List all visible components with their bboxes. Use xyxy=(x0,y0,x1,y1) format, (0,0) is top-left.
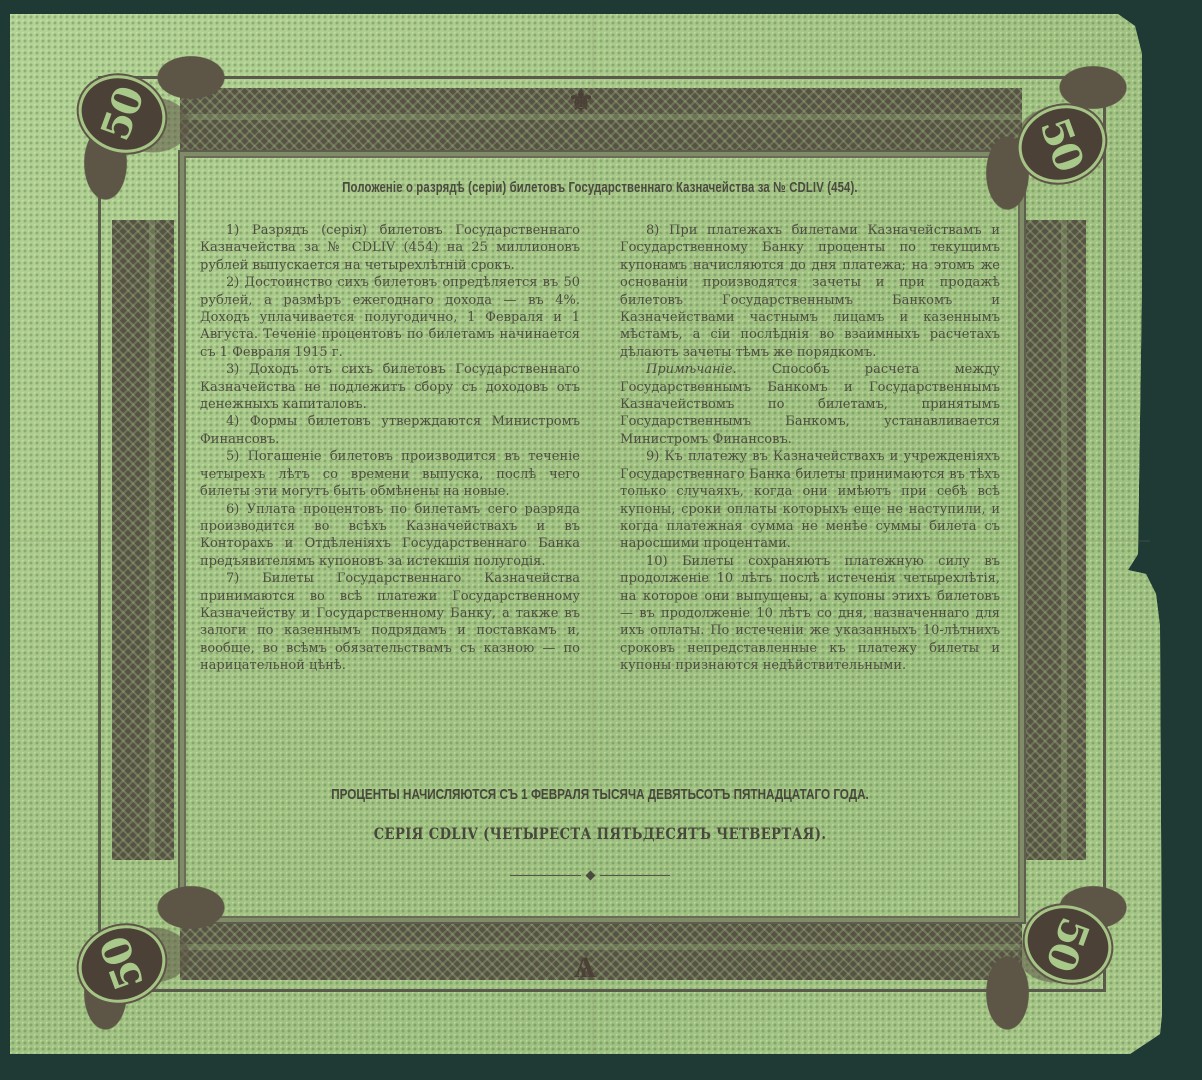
article-5: 5) Погашенiе билетовъ производится въ те… xyxy=(200,448,580,500)
article-4: 4) Формы билетовъ утверждаются Министром… xyxy=(200,413,580,448)
article-8-note: Примѣчанiе. Способъ расчета между Госуда… xyxy=(620,361,1000,448)
ornamental-divider xyxy=(510,872,670,878)
article-2: 2) Достоинство сихъ билетовъ опредѣляетс… xyxy=(200,274,580,361)
article-7: 7) Билеты Государственнаго Казначейства … xyxy=(200,570,580,674)
article-1: 1) Разрядъ (серiя) билетовъ Государствен… xyxy=(200,222,580,274)
article-8: 8) При платежахъ билетами Казначействамъ… xyxy=(620,222,1000,361)
top-border-band xyxy=(180,88,1022,152)
right-border-band xyxy=(1024,220,1086,860)
series-statement: СЕРIЯ CDLIV (ЧЕТЫРЕСТА ПЯТЬДЕСЯТЪ ЧЕТВЕР… xyxy=(272,824,928,843)
crossed-scepters-emblem-icon: ⚜ xyxy=(561,82,601,122)
corner-rosette-top-right: 50 xyxy=(960,40,1150,230)
regulations-heading: Положенiе о разрядѣ (серiи) билетовъ Гос… xyxy=(288,180,912,196)
article-3: 3) Доходъ отъ сихъ билетовъ Государствен… xyxy=(200,361,580,413)
left-text-column: 1) Разрядъ (серiя) билетовъ Государствен… xyxy=(200,222,580,675)
article-9: 9) Къ платежу въ Казначействахъ и учрежд… xyxy=(620,448,1000,552)
corner-rosette-bottom-right: 50 xyxy=(960,860,1150,1050)
article-6: 6) Уплата процентовъ по билетамъ сего ра… xyxy=(200,501,580,571)
interest-start-statement: ПРОЦЕНТЫ НАЧИСЛЯЮТСЯ СЪ 1 ФЕВРАЛЯ ТЫСЯЧА… xyxy=(288,786,912,803)
corner-rosette-top-left: 50 xyxy=(58,30,248,220)
corner-rosette-bottom-left: 50 xyxy=(58,860,248,1050)
note-label: Примѣчанiе. xyxy=(646,362,737,377)
left-border-band xyxy=(112,220,174,860)
right-text-column: 8) При платежахъ билетами Казначействамъ… xyxy=(620,222,1000,675)
article-10: 10) Билеты сохраняютъ платежную силу въ … xyxy=(620,553,1000,675)
monogram-emblem-icon: Ѧ xyxy=(565,948,605,988)
